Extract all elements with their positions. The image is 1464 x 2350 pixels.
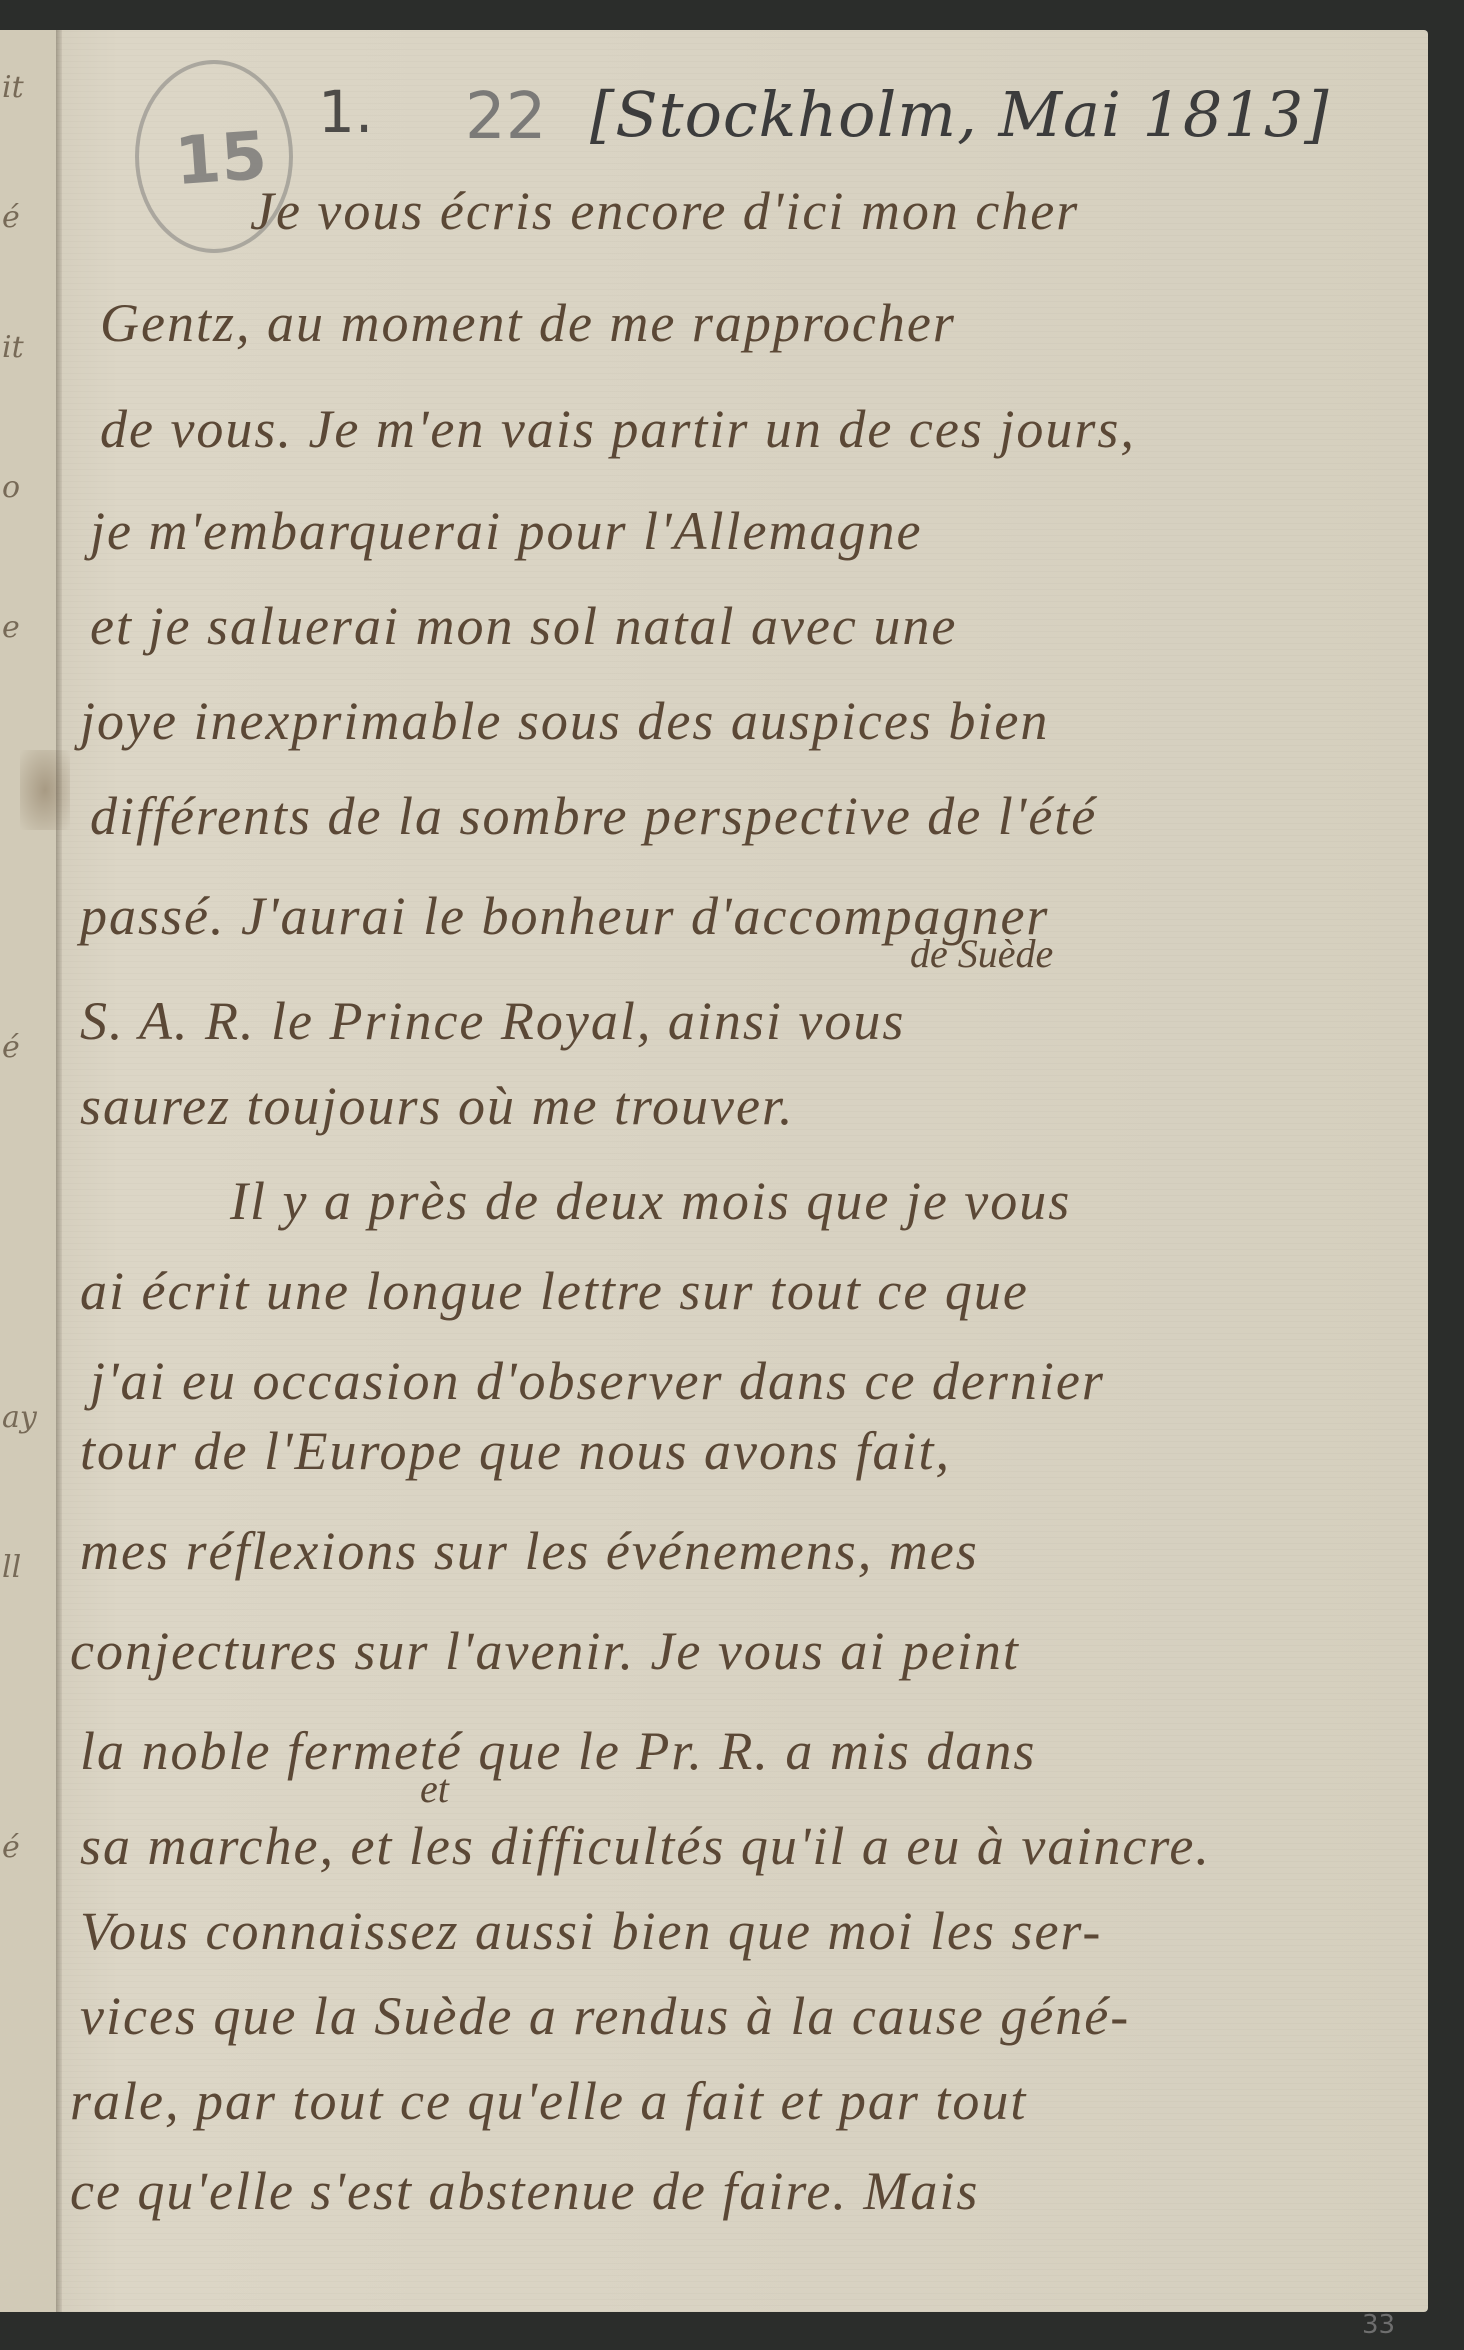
place-date-note: [Stockholm, Mai 1813] [590, 78, 1329, 151]
ink-stain [20, 750, 70, 830]
edge-fragment: ay [2, 1400, 37, 1435]
letter-line: sa marche, et les difficultés qu'il a eu… [80, 1815, 1211, 1877]
letter-line: j'ai eu occasion d'observer dans ce dern… [90, 1350, 1105, 1412]
letter-line: mes réflexions sur les événemens, mes [80, 1520, 979, 1582]
letter-line: et je saluerai mon sol natal avec une [90, 595, 957, 657]
edge-fragment: é [2, 1030, 20, 1065]
letter-line: je m'embarquerai pour l'Allemagne [90, 500, 922, 562]
letter-line: Gentz, au moment de me rapprocher [100, 292, 956, 354]
letter-line: joye inexprimable sous des auspices bien [80, 690, 1049, 752]
letter-line: Je vous écris encore d'ici mon cher [250, 180, 1079, 242]
manuscript-page: it é it o e é ay ll é 15 1. 22 [Stockhol… [0, 30, 1428, 2312]
binding-gutter [56, 30, 62, 2312]
letter-line: différents de la sombre perspective de l… [90, 785, 1097, 847]
edge-fragment: é [2, 200, 20, 235]
letter-line: de vous. Je m'en vais partir un de ces j… [100, 398, 1136, 460]
letter-line: la noble fermeté que le Pr. R. a mis dan… [80, 1720, 1036, 1782]
letter-line: ce qu'elle s'est abstenue de faire. Mais [70, 2160, 979, 2222]
letter-line: saurez toujours où me trouver. [80, 1075, 795, 1137]
folio-mark: 33 [1362, 2310, 1395, 2340]
letter-line: Il y a près de deux mois que je vous [230, 1170, 1071, 1232]
sequence-number: 1. [318, 78, 373, 146]
letter-line: vices que la Suède a rendus à la cause g… [80, 1985, 1130, 2047]
letter-line: ai écrit une longue lettre sur tout ce q… [80, 1260, 1029, 1322]
interlinear-insertion: et [420, 1765, 449, 1812]
adjacent-page-edge: it é it o e é ay ll é [0, 30, 56, 2312]
edge-fragment: it [2, 70, 24, 105]
edge-fragment: o [2, 470, 20, 505]
letter-line: Vous connaissez aussi bien que moi les s… [80, 1900, 1102, 1962]
edge-fragment: ll [2, 1550, 21, 1585]
letter-line: rale, par tout ce qu'elle a fait et par … [70, 2070, 1027, 2132]
interlinear-insertion: de Suède [910, 930, 1053, 977]
letter-line: passé. J'aurai le bonheur d'accompagner [80, 885, 1049, 947]
letter-line: tour de l'Europe que nous avons fait, [80, 1420, 951, 1482]
edge-fragment: e [2, 610, 20, 645]
edge-fragment: é [2, 1830, 20, 1865]
edge-fragment: it [2, 330, 24, 365]
pencil-number: 22 [465, 80, 546, 154]
letter-line: S. A. R. le Prince Royal, ainsi vous [80, 990, 905, 1052]
letter-line: conjectures sur l'avenir. Je vous ai pei… [70, 1620, 1020, 1682]
